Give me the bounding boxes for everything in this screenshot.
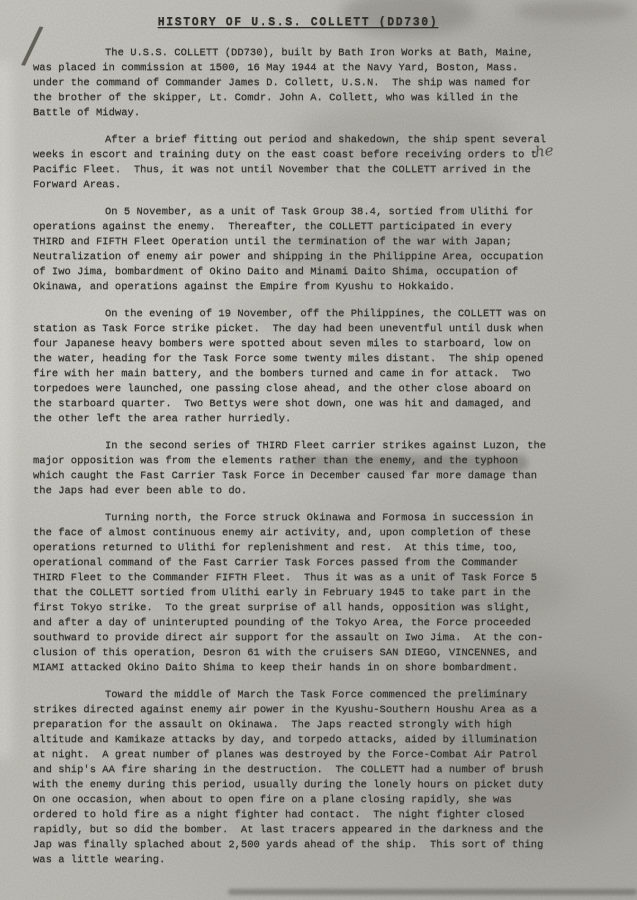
document-title: HISTORY OF U.S.S. COLLETT (DD730): [33, 15, 563, 30]
handwritten-correction-he: he: [534, 141, 554, 161]
light-band-left-edge: [0, 60, 12, 760]
paragraph-19-november: On the evening of 19 November, off the P…: [33, 307, 629, 427]
smear-bottom-edge: [228, 889, 637, 895]
paragraph-okinawa-picket: Toward the middle of March the Task Forc…: [33, 688, 629, 868]
paragraph-tokyo-strike: Turning north, the Force struck Okinawa …: [33, 511, 629, 676]
scanned-paper-page: HISTORY OF U.S.S. COLLETT (DD730) The U.…: [0, 0, 637, 900]
paragraph-task-group-38-4: On 5 November, as a unit of Task Group 3…: [33, 205, 629, 295]
paragraph-commissioning: The U.S.S. COLLETT (DD730), built by Bat…: [33, 46, 629, 121]
paragraph-luzon-typhoon: In the second series of THIRD Fleet carr…: [33, 439, 629, 499]
